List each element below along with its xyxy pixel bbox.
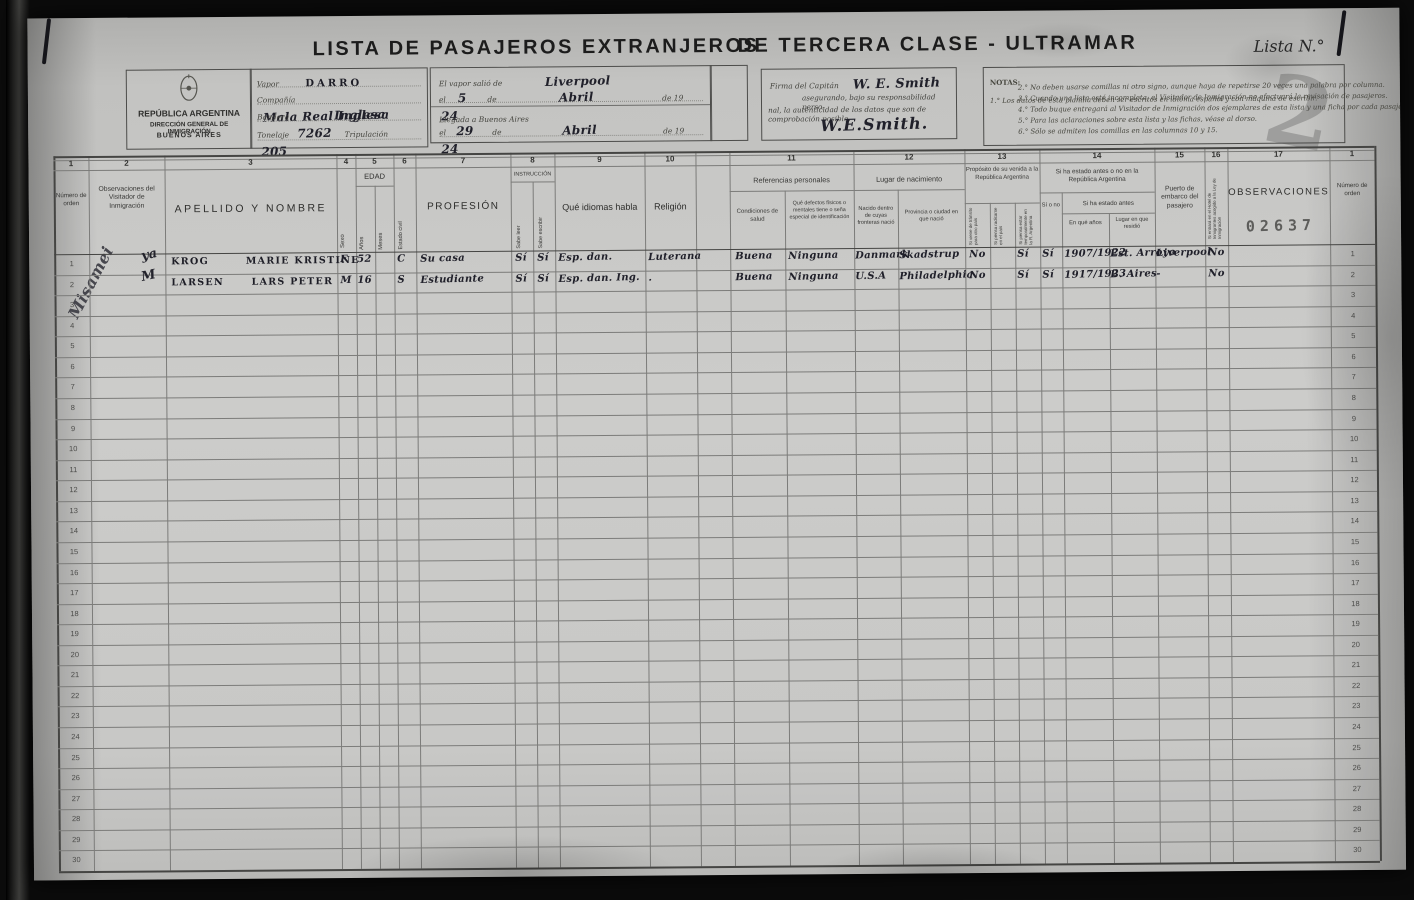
cell-profession: Estudiante (420, 273, 484, 286)
pen-stroke-mark (42, 18, 51, 64)
observaciones-stamp-number: 02637 (1234, 215, 1328, 236)
row-number-left: 14 (56, 526, 91, 535)
notas-label: NOTAS: (990, 78, 1020, 87)
nacido-header: Nacido dentro de cuyas fronteras nació (856, 206, 896, 227)
cell-languages: Esp. dan. (558, 251, 612, 263)
spacer-box (710, 65, 749, 141)
de-label1: de (487, 95, 496, 104)
column-number: 4 (336, 157, 355, 167)
row-number-right: 1 (1330, 249, 1375, 258)
cell-years: 52 (357, 254, 372, 265)
tripulacion-label: Tripulación (345, 130, 389, 139)
en-que-anos-header: En qué años (1064, 220, 1107, 228)
cell-years: 16 (357, 274, 372, 285)
column-number: 9 (554, 155, 644, 166)
row-number-left: 16 (57, 567, 92, 576)
cell-profession: Su casa (420, 253, 465, 265)
row-number-left: 11 (56, 465, 91, 474)
row-number-right: 4 (1331, 311, 1376, 320)
observaciones-header: OBSERVACIONES (1228, 186, 1330, 199)
row-number-left: 17 (57, 588, 92, 597)
dia1-value: 5 (458, 91, 467, 105)
col7-header: PROFESIÓN (416, 201, 511, 214)
cell-civil: S (397, 274, 405, 285)
row-number-right: 17 (1333, 578, 1378, 587)
cell-reads: Sí (515, 252, 527, 263)
col10-header: Religión (645, 201, 696, 213)
el-label1: el (439, 95, 446, 104)
cell-civil: C (397, 253, 406, 264)
de-label2: de (492, 128, 501, 137)
compania-label: Compañía (257, 95, 295, 104)
voyage-box: El vapor salió de Liverpool el 5 de Abri… (430, 65, 713, 143)
cell-name: LARSEN LARS PETER (171, 276, 333, 288)
column-number: 1 (53, 159, 88, 169)
row-number-right: 14 (1332, 516, 1377, 525)
row-number-left: 28 (59, 814, 94, 823)
cell-country: U.S.A (855, 270, 886, 282)
si-o-no-header: Sí o no (1041, 202, 1061, 209)
cell-settle: Sí (1017, 249, 1029, 260)
cell-city: Philadelphia (899, 269, 973, 282)
firma-label: Firma del Capitán (770, 81, 839, 91)
cell-city: Skadstrup (899, 249, 959, 262)
captain-name-handwritten: W. E. Smith (853, 76, 941, 93)
page-title-right: DE TERCERA CLASE - ULTRAMAR (737, 32, 1057, 58)
row-number-right: 8 (1331, 393, 1376, 402)
argentina-coat-of-arms-icon (176, 74, 202, 109)
row-number-right: 10 (1332, 434, 1377, 443)
row-number-right: 5 (1331, 331, 1376, 340)
cell-sex: F (340, 254, 348, 265)
org-box: REPÚBLICA ARGENTINA DIRECCIÓN GENERAL DE… (126, 69, 253, 150)
row-number-left: 9 (56, 424, 91, 433)
meses-header: Meses (378, 212, 385, 250)
row-number-right: 28 (1335, 804, 1380, 813)
captain-signature: W.E.Smith. (820, 113, 928, 135)
column-number: 13 (964, 152, 1039, 163)
row-number-left: 22 (58, 691, 93, 700)
lugar-nac-header: Lugar de nacimiento (854, 174, 965, 184)
col2-header: Observaciones del Visitador de Inmigraci… (91, 185, 163, 211)
row-number-right: 20 (1333, 640, 1378, 649)
row-number-right: 6 (1331, 352, 1376, 361)
row-number-right: 7 (1331, 372, 1376, 381)
row-number-columns: 1122334455667788991010111112121313141415… (27, 8, 1399, 19)
cell-health: Buena (735, 271, 773, 283)
column-number: 8 (510, 155, 554, 165)
cell-religion: . (648, 272, 652, 283)
book-spine-shadow (6, 0, 30, 900)
cell-defects: Ninguna (788, 270, 839, 282)
mes2-value: Abril (562, 123, 597, 138)
instruccion-header: INSTRUCCIÓN (511, 171, 555, 178)
lista-number-handwritten (1336, 10, 1346, 56)
cell-name: KROG MARIE KRISTINE (171, 255, 360, 267)
cell-port: - (1156, 268, 1161, 279)
tonelaje-label: Tonelaje (257, 130, 289, 139)
column-number: 1 (1329, 149, 1374, 159)
row-number-right: 23 (1334, 701, 1379, 710)
cell-been: Sí (1042, 248, 1054, 259)
column-number: 17 (1227, 149, 1329, 160)
row-number-left: 26 (58, 773, 93, 782)
prop-c-header: Si piensa estar temporalmente en la R. A… (1018, 207, 1038, 245)
cell-settle: Sí (1017, 269, 1029, 280)
row-number-left: 10 (56, 444, 91, 453)
cell-defects: Ninguna (788, 250, 839, 262)
row-number-left: 1 (54, 259, 89, 268)
dia2-value: 29 (456, 124, 474, 138)
proposito-header: Propósito de su venida a la República Ar… (966, 167, 1039, 183)
cell-transit: No (969, 269, 986, 280)
puerto-header: Puerto de embarco del pasajero (1157, 185, 1203, 211)
column-number: 16 (1204, 150, 1227, 160)
row-number-left: 6 (55, 362, 90, 371)
row-number-left: 15 (56, 547, 91, 556)
col9-header: Qué idiomas habla (555, 202, 645, 214)
vapor-label: Vapor (257, 80, 279, 89)
row-number-right: 13 (1332, 496, 1377, 505)
col6-header-estado-civil: Estado civil (398, 198, 405, 250)
org-line1: REPÚBLICA ARGENTINA (129, 108, 249, 119)
column-number: 10 (644, 154, 695, 164)
vapor-value: DARRO (305, 78, 362, 89)
cell-transit: No (969, 249, 986, 260)
cell-hotel: No (1208, 268, 1225, 279)
row-number-right: 26 (1334, 763, 1379, 772)
row-number-left: 4 (55, 321, 90, 330)
row-number-left: 19 (57, 629, 92, 638)
row-number-right: 16 (1333, 557, 1378, 566)
defectos-header: Qué defectos físicos o mentales tiene o … (787, 200, 852, 221)
row-number-left: 30 (59, 855, 94, 864)
row-number-left: 20 (57, 650, 92, 659)
row-number-left: 3 (55, 300, 90, 309)
col3-header: APELLIDO Y NOMBRE (165, 202, 337, 216)
row-number-right: 2 (1330, 269, 1375, 278)
row-number-left: 23 (58, 711, 93, 720)
cond-salud-header: Condiciones de salud (732, 209, 783, 224)
tonelaje-value: 7262 (297, 126, 332, 141)
row-number-right: 11 (1332, 455, 1377, 464)
col4-header-sexo: Sexo (340, 208, 347, 248)
org-line3: BUENOS AIRES (129, 132, 249, 140)
sabe-leer-header: Sabe leer (516, 203, 523, 249)
row-number-right: 3 (1330, 290, 1375, 299)
nota-6: 6.° Sólo se admiten los comillas en las … (1018, 125, 1218, 138)
el-label2: el (439, 128, 446, 137)
column-number: 7 (415, 156, 510, 167)
sabe-escribir-header: Sabe escribir (538, 200, 545, 248)
col16-header: Si entrará en el Hotel de Inmigrantes ac… (1208, 173, 1227, 239)
column-number: 12 (853, 152, 964, 163)
estado-antes-header: Si ha estado antes o no en la República … (1042, 168, 1153, 185)
handwritten-entries: yaKROG MARIE KRISTINEF52CSu casaSíSíEsp.… (27, 8, 1399, 19)
page-title-left: LISTA DE PASAJEROS EXTRANJEROS (312, 35, 722, 61)
column-number: 5 (355, 157, 393, 167)
column-number-strip: 12345678910111213141516171 (27, 8, 1399, 19)
cell-been: Sí (1042, 269, 1054, 280)
row-number-right: 15 (1332, 537, 1377, 546)
row-number-left: 18 (57, 609, 92, 618)
column-number: 3 (164, 157, 336, 168)
provincia-header: Provincia o ciudad en que nació (900, 209, 963, 223)
cell-place: B. Aires (1110, 268, 1157, 280)
cell-writes: Sí (537, 273, 549, 284)
column-number: 15 (1154, 150, 1204, 160)
de19-label1: de 19 (662, 93, 683, 102)
col1-header: Número de orden (56, 192, 87, 208)
row-number-left: 21 (57, 670, 92, 679)
row-number-left: 24 (58, 732, 93, 741)
bandera-value: Inglesa (333, 107, 385, 122)
cell-hotel: No (1208, 247, 1225, 258)
row-number-right: 22 (1334, 681, 1379, 690)
cell-health: Buena (735, 250, 773, 262)
row-number-right: 12 (1332, 475, 1377, 484)
referencias-header: Referencias personales (730, 175, 854, 185)
row-number-right: 24 (1334, 722, 1379, 731)
row-number-left: 5 (55, 341, 90, 350)
column-number: 14 (1039, 151, 1154, 162)
si-estado-header: Si ha estado antes (1062, 200, 1155, 208)
scanned-document-screenshot: Misamei LISTA DE PASAJEROS EXTRANJEROS D… (0, 0, 1414, 900)
row-number-left: 8 (55, 403, 90, 412)
row-number-left: 2 (54, 280, 89, 289)
anos-header: Años (359, 212, 366, 250)
column-number: 2 (88, 158, 164, 169)
salio-value: Liverpool (545, 73, 611, 89)
row-number-right: 19 (1333, 619, 1378, 628)
row-number-left: 27 (58, 794, 93, 803)
cell-religion: Luterana (648, 251, 701, 263)
cell-port: Liverpool (1156, 247, 1211, 259)
prop-a-header: Si viene de tránsito para otro país (968, 207, 988, 245)
row-number-right: 25 (1334, 742, 1379, 751)
row-number-right: 21 (1333, 660, 1378, 669)
edad-header: EDAD (356, 172, 394, 182)
captain-box: Firma del Capitán W. E. Smith asegurando… (761, 67, 958, 141)
column-number: 11 (729, 153, 853, 164)
table-grid (27, 8, 1399, 19)
cell-mark: M (140, 267, 157, 285)
salio-label: El vapor salió de (439, 79, 503, 88)
row-number-right: 27 (1334, 784, 1379, 793)
row-number-right: 29 (1335, 825, 1380, 834)
bandera-label: Bandera (257, 112, 289, 121)
cell-reads: Sí (515, 273, 527, 284)
row-number-right: 18 (1333, 599, 1378, 608)
mes1-value: Abril (559, 90, 594, 105)
vessel-box: Vapor DARRO Compañía Mala Real Inglesa B… (250, 67, 429, 148)
right-num-header: Número de orden (1332, 182, 1373, 198)
row-number-left: 29 (59, 835, 94, 844)
row-number-right: 9 (1331, 413, 1376, 422)
row-number-left: 13 (56, 506, 91, 515)
cell-writes: Sí (537, 252, 549, 263)
column-number: 6 (393, 156, 415, 166)
prop-b-header: Si piensa radicarse en el país (993, 207, 1013, 245)
cell-languages: Esp. dan. Ing. (558, 272, 640, 285)
lugar-residio-header: Lugar en que residió (1111, 217, 1153, 231)
row-number-left: 25 (58, 753, 93, 762)
row-number-left: 7 (55, 382, 90, 391)
cell-sex: M (340, 274, 352, 285)
row-number-right: 30 (1335, 845, 1380, 854)
row-number-left: 12 (56, 485, 91, 494)
passenger-list-page: Misamei LISTA DE PASAJEROS EXTRANJEROS D… (27, 8, 1406, 881)
de19-label2: de 19 (663, 126, 684, 135)
